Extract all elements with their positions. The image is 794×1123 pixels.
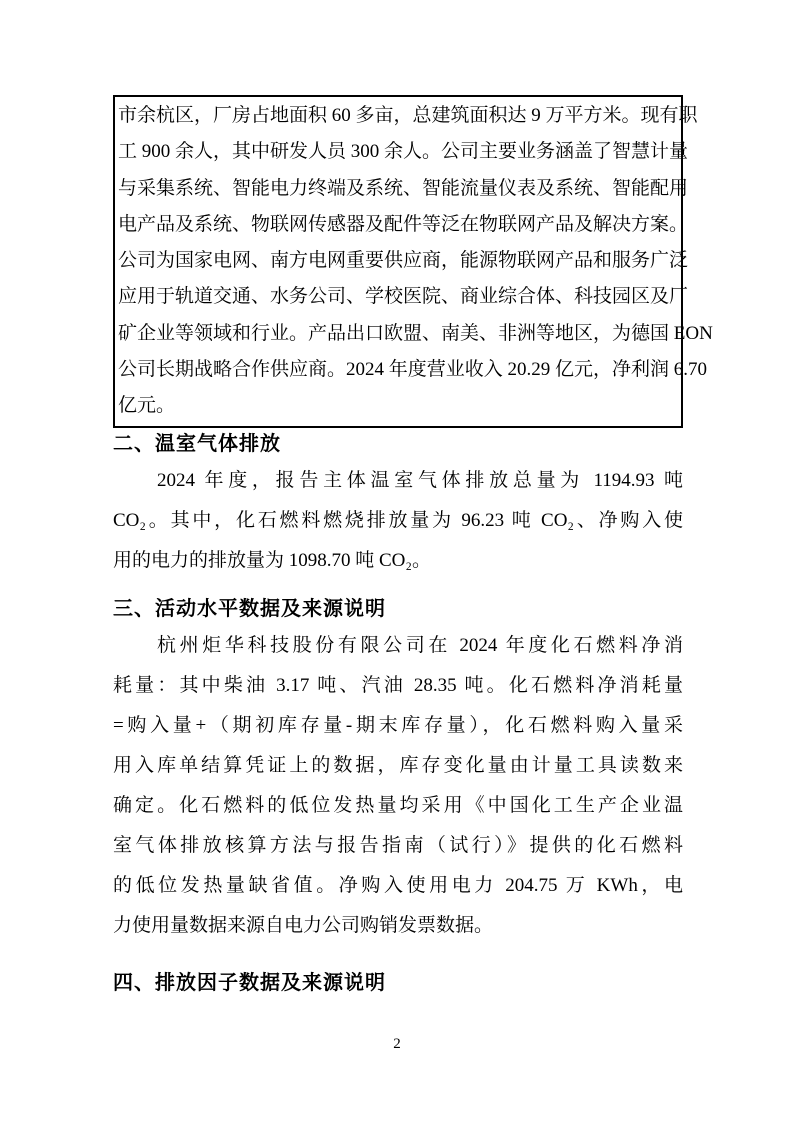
text-line: 室气体排放核算方法与报告指南（试行）》提供的化石燃料 (113, 826, 683, 866)
text-line: 亿元。 (118, 388, 678, 424)
text-line: 用的电力的排放量为 1098.70 吨 CO₂。 (113, 541, 683, 581)
text-line: 力使用量数据来源自电力公司购销发票数据。 (113, 906, 683, 946)
text-line: 2024 年度，报告主体温室气体排放总量为 1194.93 吨 (113, 461, 683, 501)
page-content: 市余杭区，厂房占地面积 60 多亩，总建筑面积达 9 万平方米。现有职工 900… (113, 95, 683, 996)
text-line: 用入库单结算凭证上的数据，库存变化量由计量工具读数来 (113, 746, 683, 786)
text-line: 公司为国家电网、南方电网重要供应商，能源物联网产品和服务广泛 (118, 243, 678, 279)
section-heading-emission-factor: 四、排放因子数据及来源说明 (113, 970, 683, 996)
text-line: 矿企业等领域和行业。产品出口欧盟、南美、非洲等地区，为德国 EON (118, 316, 678, 352)
activity-data-paragraph: 杭州炬华科技股份有限公司在 2024 年度化石燃料净消耗量：其中柴油 3.17 … (113, 626, 683, 946)
text-line: CO₂。其中，化石燃料燃烧排放量为 96.23 吨 CO₂、净购入使 (113, 501, 683, 541)
text-line: 的低位发热量缺省值。净购入使用电力 204.75 万 KWh，电 (113, 866, 683, 906)
company-intro-box: 市余杭区，厂房占地面积 60 多亩，总建筑面积达 9 万平方米。现有职工 900… (113, 95, 683, 428)
text-line: 杭州炬华科技股份有限公司在 2024 年度化石燃料净消 (113, 626, 683, 666)
text-line: 电产品及系统、物联网传感器及配件等泛在物联网产品及解决方案。 (118, 207, 678, 243)
section-heading-ghg-emissions: 二、温室气体排放 (113, 431, 683, 457)
text-line: 公司长期战略合作供应商。2024 年度营业收入 20.29 亿元，净利润 6.7… (118, 352, 678, 388)
text-line: 工 900 余人，其中研发人员 300 余人。公司主要业务涵盖了智慧计量 (118, 134, 678, 170)
page-number: 2 (0, 1036, 794, 1053)
section-heading-activity-data: 三、活动水平数据及来源说明 (113, 596, 683, 622)
ghg-emissions-paragraph: 2024 年度，报告主体温室气体排放总量为 1194.93 吨CO₂。其中，化石… (113, 461, 683, 581)
text-line: 确定。化石燃料的低位发热量均采用《中国化工生产企业温 (113, 786, 683, 826)
text-line: 市余杭区，厂房占地面积 60 多亩，总建筑面积达 9 万平方米。现有职 (118, 98, 678, 134)
text-line: 耗量：其中柴油 3.17 吨、汽油 28.35 吨。化石燃料净消耗量 (113, 666, 683, 706)
text-line: 应用于轨道交通、水务公司、学校医院、商业综合体、科技园区及厂 (118, 279, 678, 315)
text-line: =购入量+（期初库存量-期末库存量），化石燃料购入量采 (113, 706, 683, 746)
document-page: 市余杭区，厂房占地面积 60 多亩，总建筑面积达 9 万平方米。现有职工 900… (0, 0, 794, 1123)
text-line: 与采集系统、智能电力终端及系统、智能流量仪表及系统、智能配用 (118, 171, 678, 207)
